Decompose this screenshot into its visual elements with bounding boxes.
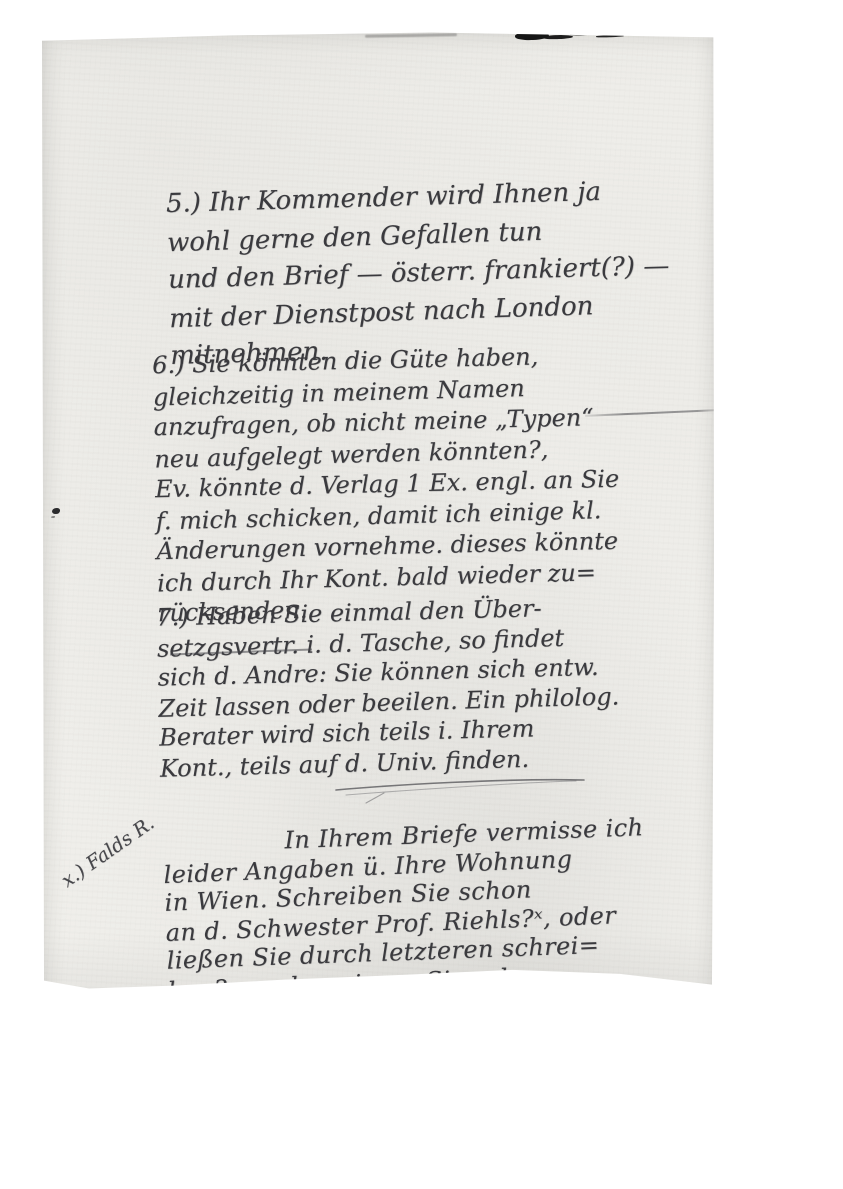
ink-blot bbox=[52, 508, 60, 514]
separator-flourish bbox=[332, 772, 590, 808]
scan-smudge-light bbox=[365, 33, 457, 38]
bottom-right-mark bbox=[654, 979, 675, 989]
paragraph-7: 7.) Haben Sie einmal den Über- setzgsver… bbox=[156, 591, 621, 782]
scanned-letter-page: 5.) Ihr Kommender wird Ihnen ja wohl ger… bbox=[42, 32, 714, 1010]
scan-smudge-dark bbox=[515, 31, 549, 40]
pencil-mark bbox=[555, 984, 693, 990]
margin-note: x.) Falds R. bbox=[57, 812, 158, 892]
closing-paragraph: In Ihrem Briefe vermisse ich leider Anga… bbox=[162, 813, 649, 1005]
paragraph-6: 6.) Sie könnten die Güte haben, gleichze… bbox=[152, 340, 622, 629]
